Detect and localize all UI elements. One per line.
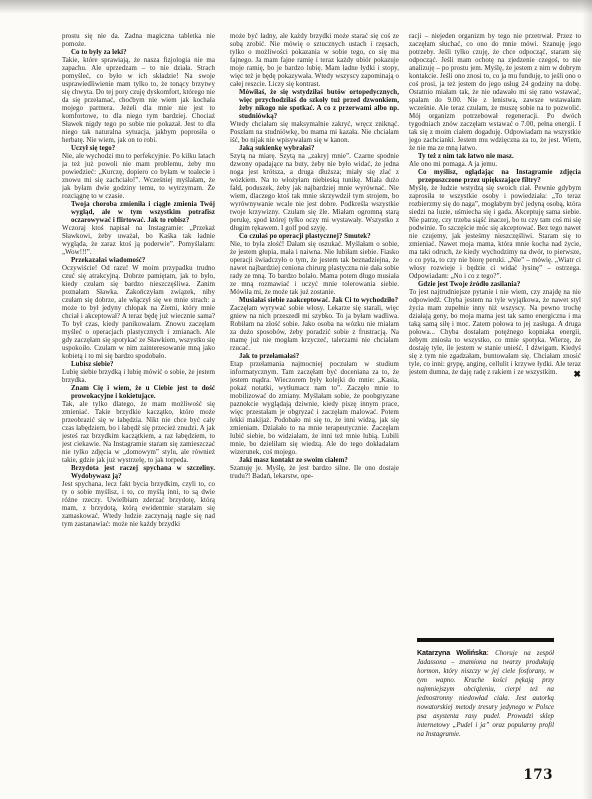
interview-question: Musiałaś siebie zaakceptować. Jak Ci to … [230, 297, 399, 305]
article-end-mark-icon: ✖ [573, 370, 581, 379]
interview-question: Jak to przełamałaś? [230, 353, 399, 361]
interview-question: Twoja choroba zmieniła i ciągle zmienia … [62, 201, 215, 225]
article-paragraph: Nie, ale wychodzi mu to perfekcyjnie. Po… [62, 153, 215, 201]
bio-colon: : [487, 650, 496, 657]
article-paragraph: może być ładny, ale każdy brzydki może s… [230, 33, 399, 89]
article-paragraph: Wtedy chciałam się maksymalnie zakryć, w… [230, 121, 399, 145]
interview-question: Gdzie jest Twoje źródło zasilania? [409, 281, 581, 289]
article-paragraph: Wczoraj ktoś napisał na Instagramie: „Pr… [62, 225, 215, 257]
interview-question: Przekazałaś wiadomość? [62, 257, 215, 265]
article-paragraph: Tak, ale tylko dlatego, że mam możliwość… [62, 401, 215, 465]
interview-question: Uczył się tego? [62, 145, 215, 153]
bio-text: Katarzyna Wolińska: Choruje na zespół Ja… [417, 648, 554, 740]
interview-question: Jaką sukienkę wybrałaś? [230, 145, 399, 153]
article-paragraph: racji – niejeden organizm by tego nie pr… [409, 33, 581, 153]
interview-question: Jaki masz kontakt ze swoim ciałem? [230, 457, 399, 465]
bio-name: Katarzyna Wolińska [417, 648, 487, 657]
article-paragraph: Szanuję je. Myślę, że jest bardzo silne.… [230, 465, 399, 481]
bio-divider-rule [417, 638, 554, 642]
interview-question: Co czułaś po operacji plastycznej? Smute… [230, 233, 399, 241]
bio-description: Choruje na zespół Jadassona – znamiona n… [417, 650, 554, 738]
article-paragraph: Ale ono mi pomaga. A ja jemu. [409, 161, 581, 169]
article-paragraph: Szytą na miarę. Szytą na „zakryj mnie”. … [230, 153, 399, 233]
article-paragraph: Nie, to była złość! Dałam się oszukać. M… [230, 241, 399, 297]
text-column-1: prostu się nie da. Żadna magiczna tablet… [62, 33, 215, 757]
page-number: 173 [523, 767, 553, 783]
article-paragraph: prostu się nie da. Żadna magiczna tablet… [62, 33, 215, 49]
article-paragraph: To jest najtrudniejsze pytanie i nie wie… [409, 289, 581, 377]
interview-question: Ty też z nim tak łatwo nie masz. [409, 153, 581, 161]
interview-question: Co myślisz, oglądając na Instagramie zdj… [409, 169, 581, 185]
text-column-2: może być ładny, ale każdy brzydki może s… [230, 33, 399, 757]
article-paragraph: Etap przełamania najmocniej poczułam w s… [230, 361, 399, 457]
interview-question: Mówiłaś, że się wstydziłaś butów ortoped… [230, 89, 399, 121]
article-paragraph: Takie, które sprawiają, że nasza fizjolo… [62, 57, 215, 145]
article-paragraph: Jest spychana, lecz fakt bycia brzydkim,… [62, 481, 215, 529]
article-paragraph: Lubię siebie brzydką i lubię mówić o sob… [62, 369, 215, 385]
author-bio-box: Katarzyna Wolińska: Choruje na zespół Ja… [417, 638, 554, 740]
article-paragraph: Myślę, że ludzie wstydzą się swoich ciał… [409, 185, 581, 281]
interview-question: Brzydota jest raczej spychana w szczelin… [62, 465, 215, 481]
interview-question: Co to były za leki? [62, 49, 215, 57]
interview-question: Lubisz siebie? [62, 361, 215, 369]
magazine-page: prostu się nie da. Żadna magiczna tablet… [0, 0, 592, 799]
article-paragraph: Oczywiście! Od razu! W moim przypadku tr… [62, 265, 215, 361]
interview-question: Znam Cię i wiem, że u Ciebie jest to doś… [62, 385, 215, 401]
article-paragraph: Zaczęłam wyrywać sobie włosy. Lekarze si… [230, 305, 399, 353]
